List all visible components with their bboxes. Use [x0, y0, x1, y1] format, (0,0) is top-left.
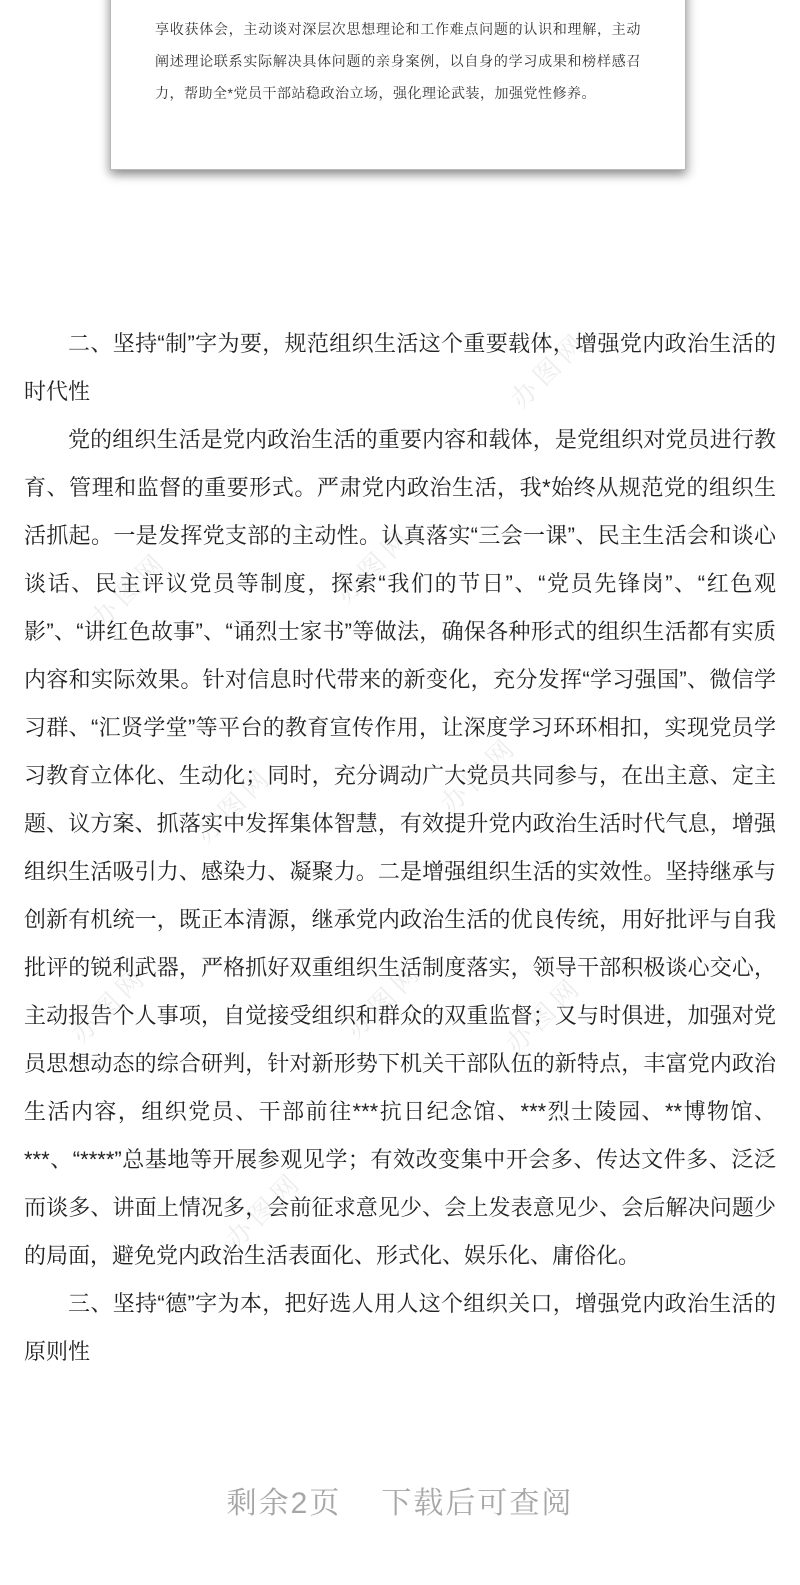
section-heading-2: 二、坚持“制”字为要，规范组织生活这个重要载体，增强党内政治生活的时代性	[24, 320, 776, 416]
document-preview-page: { "preview_card": { "text": "享收获体会，主动谈对深…	[0, 0, 800, 1585]
section-heading-3: 三、坚持“德”字为本，把好选人用人这个组织关口，增强党内政治生活的原则性	[24, 1280, 776, 1376]
remaining-pages-notice: 剩余2页下载后可查阅	[0, 1483, 800, 1525]
document-page-preview-card: 享收获体会，主动谈对深层次思想理论和工作难点问题的认识和理解，主动阐述理论联系实…	[110, 0, 686, 170]
section-2-paragraph: 党的组织生活是党内政治生活的重要内容和载体，是党组织对党员进行教育、管理和监督的…	[24, 416, 776, 1280]
document-body: 二、坚持“制”字为要，规范组织生活这个重要载体，增强党内政治生活的时代性 党的组…	[24, 320, 776, 1376]
download-to-view-hint: 下载后可查阅	[381, 1487, 573, 1520]
remaining-pages-count: 剩余2页	[227, 1487, 342, 1520]
document-page-preview-text: 享收获体会，主动谈对深层次思想理论和工作难点问题的认识和理解，主动阐述理论联系实…	[155, 13, 641, 109]
